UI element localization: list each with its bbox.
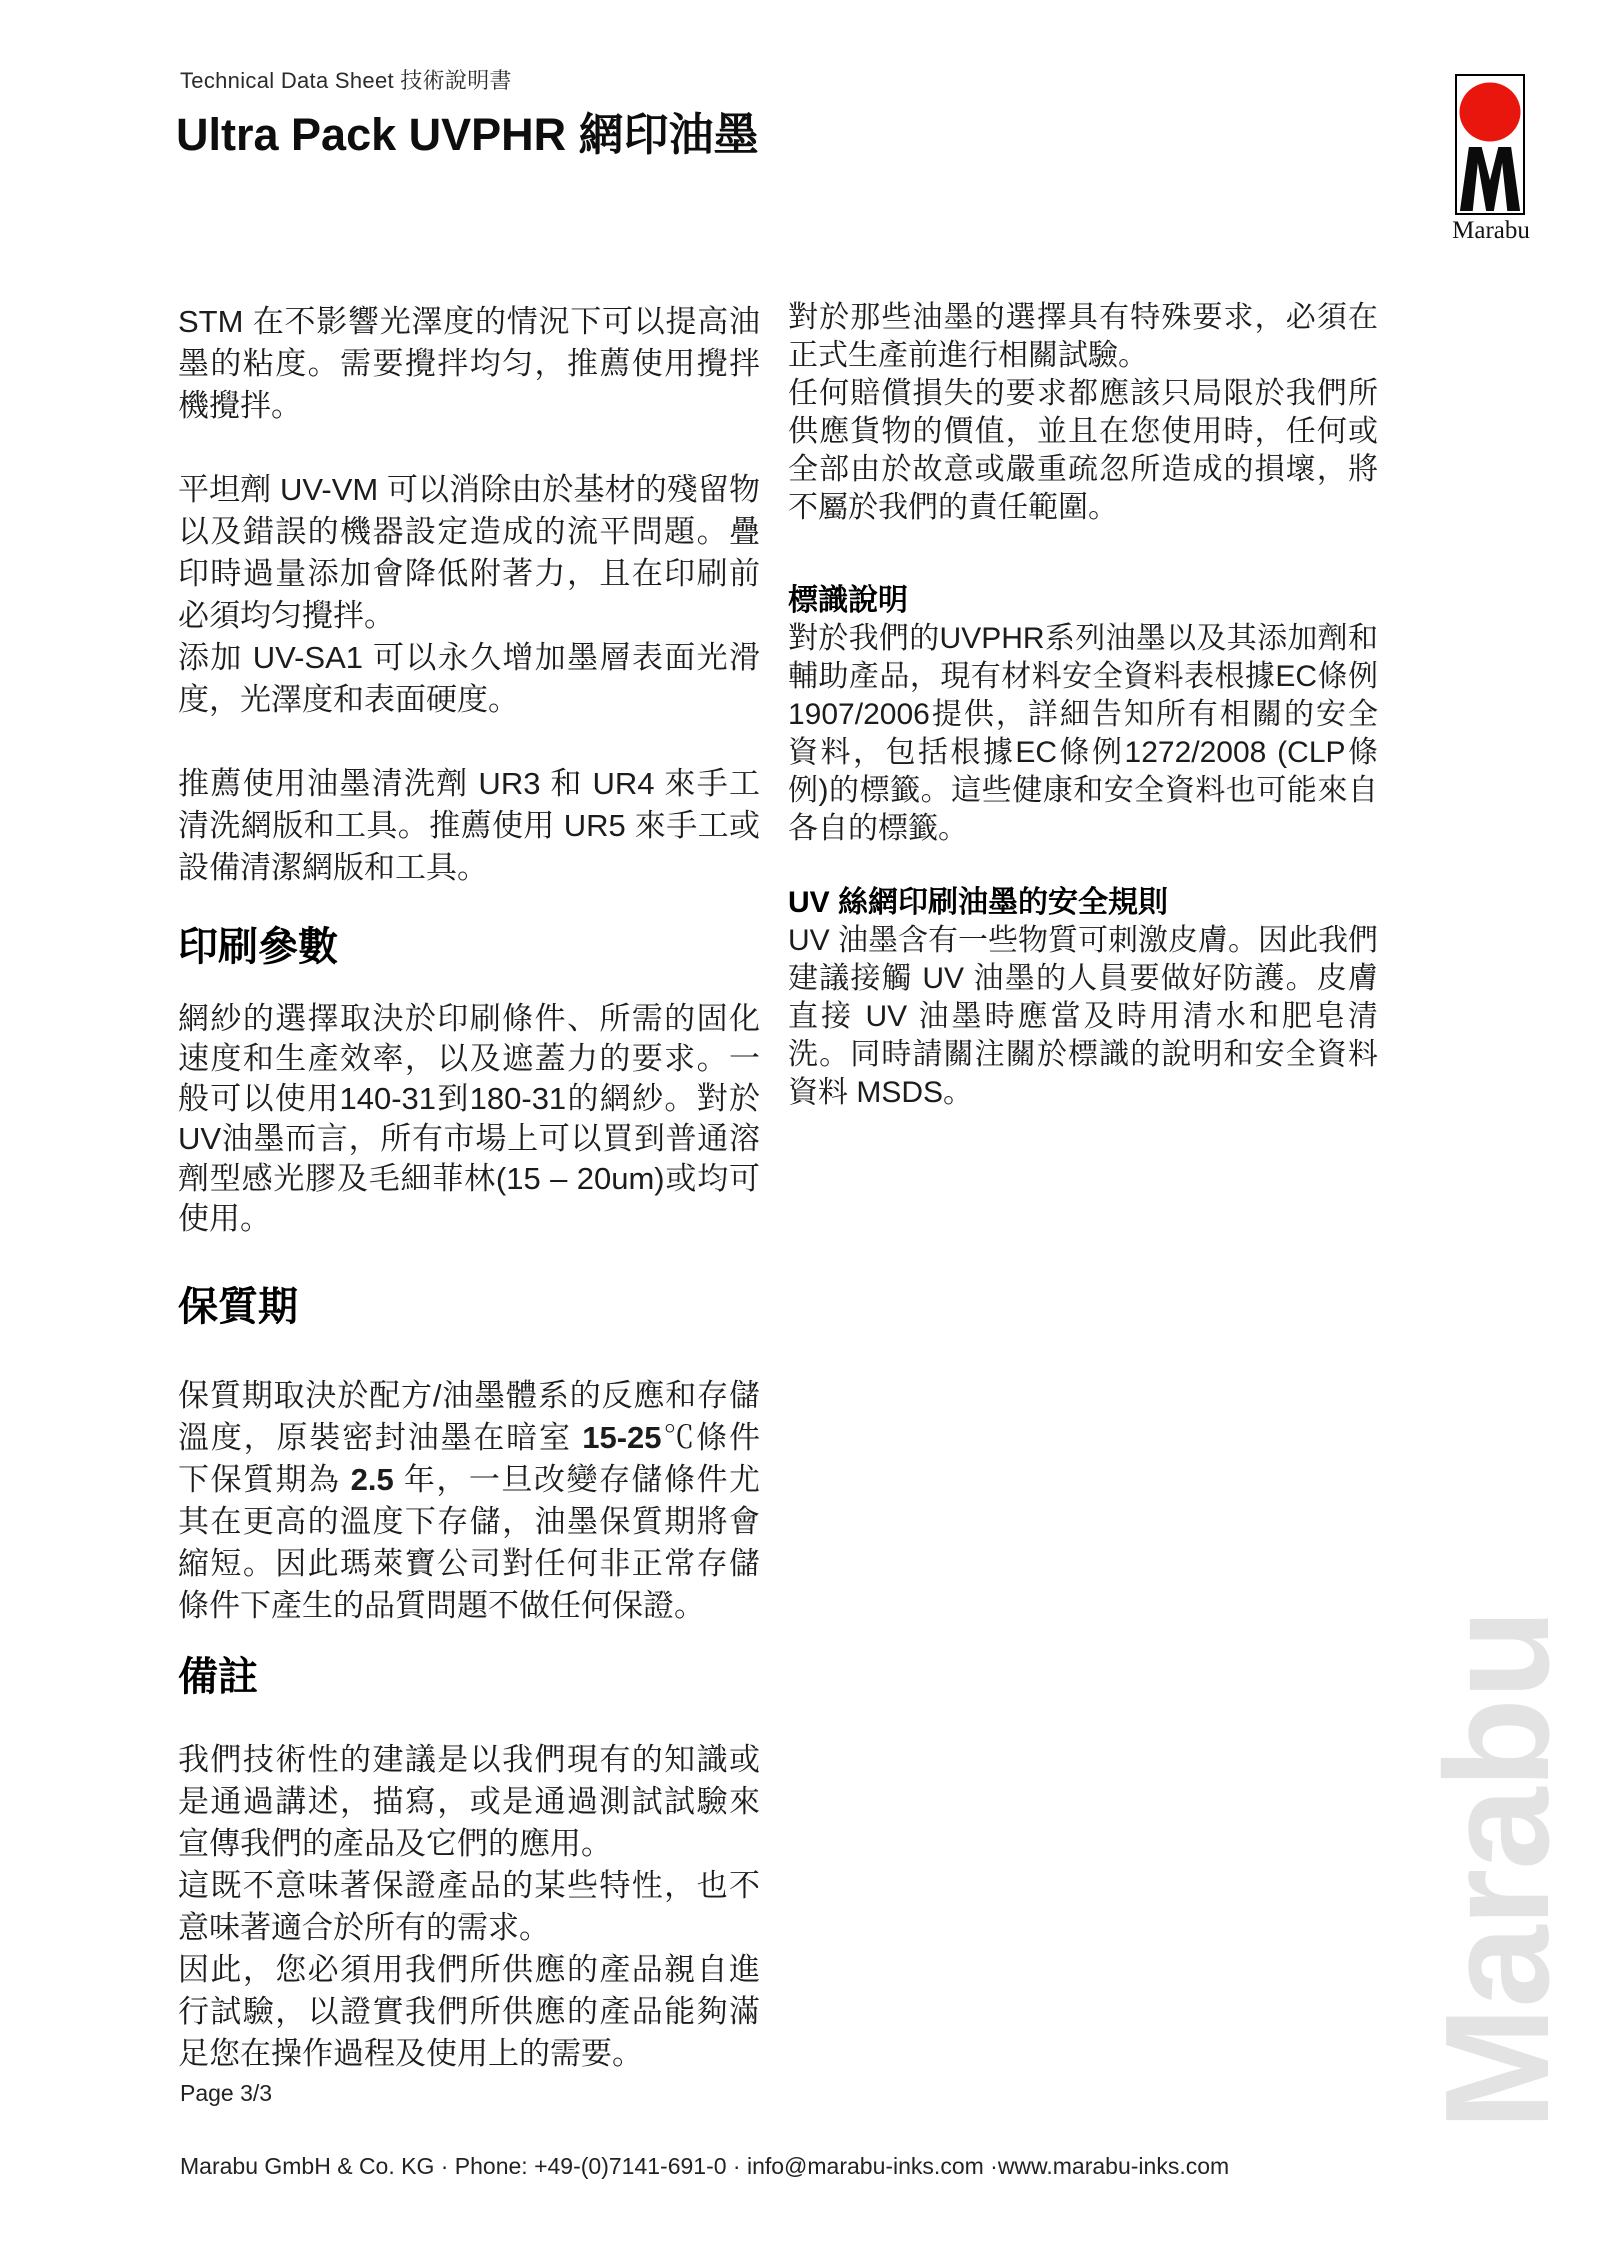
right-column: 對於那些油墨的選擇具有特殊要求，必須在正式生產前進行相關試驗。 任何賠償損失的要… [788,299,1378,1112]
logo-red-dot-area [1457,76,1523,147]
paragraph-liability: 任何賠償損失的要求都應該只局限於我們所供應貨物的價值，並且在您使用時，任何或全部… [788,375,1378,527]
paragraph-notes-2: 這既不意味著保證產品的某些特性，也不意味著適合於所有的需求。 [178,1865,760,1949]
shelf-temp-range: 15-25 [582,1420,661,1455]
paragraph-stm: STM 在不影響光澤度的情況下可以提高油墨的粘度。需要攪拌均匀，推薦使用攪拌機攪… [178,301,760,427]
marabu-watermark: Marabu [1424,1610,1572,2130]
shelf-years: 2.5 [351,1462,394,1497]
paragraph-notes-1: 我們技術性的建議是以我們現有的知識或是通過講述，描寫，或是通過測試試驗來宣傳我們… [178,1739,760,1865]
footer-company-line: Marabu GmbH & Co. KG · Phone: +49-(0)714… [180,2153,1229,2180]
heading-uv-safety-rules: UV 絲網印刷油墨的安全規則 [788,884,1378,922]
heading-notes: 備註 [178,1653,760,1701]
paragraph-uvvm: 平坦劑 UV-VM 可以消除由於基材的殘留物以及錯誤的機器設定造成的流平問題。疊… [178,469,760,637]
marabu-m-icon [1458,147,1522,211]
paragraph-cleaners: 推薦使用油墨清洗劑 UR3 和 UR4 來手工清洗網版和工具。推薦使用 UR5 … [178,763,760,889]
marabu-logo [1455,74,1525,215]
paragraph-notes-3: 因此，您必須用我們所供應的產品親自進行試驗，以證實我們所供應的產品能夠滿足您在操… [178,1949,760,2075]
paragraph-labelling: 對於我們的UVPHR系列油墨以及其添加劑和輔助產品，現有材料安全資料表根據EC條… [788,620,1378,848]
page-title: Ultra Pack UVPHR 網印油墨 [176,98,759,163]
red-circle-icon [1460,83,1521,142]
page-number: Page 3/3 [180,2080,272,2107]
logo-wordmark: Marabu [1446,217,1536,245]
paragraph-uvsa1: 添加 UV-SA1 可以永久增加墨層表面光滑度，光澤度和表面硬度。 [178,637,760,721]
document-page: Technical Data Sheet 技術說明書 Ultra Pack UV… [0,0,1600,2264]
paragraph-uv-safety: UV 油墨含有一些物質可刺激皮膚。因此我們建議接觸 UV 油墨的人員要做好防護。… [788,922,1378,1112]
doc-type-label: Technical Data Sheet 技術說明書 [180,64,512,95]
left-column: STM 在不影響光澤度的情況下可以提高油墨的粘度。需要攪拌均匀，推薦使用攪拌機攪… [178,301,760,2075]
paragraph-shelf-life: 保質期取決於配方/油墨體系的反應和存儲溫度，原裝密封油墨在暗室 15-25℃條件… [178,1375,760,1627]
paragraph-special-requirements: 對於那些油墨的選擇具有特殊要求，必須在正式生產前進行相關試驗。 [788,299,1378,375]
heading-labelling: 標識說明 [788,582,1378,620]
heading-printing-parameters: 印刷參數 [178,923,760,971]
heading-shelf-life: 保質期 [178,1283,760,1331]
paragraph-mesh: 網紗的選擇取決於印刷條件、所需的固化速度和生產效率，以及遮蓋力的要求。一般可以使… [178,999,760,1239]
